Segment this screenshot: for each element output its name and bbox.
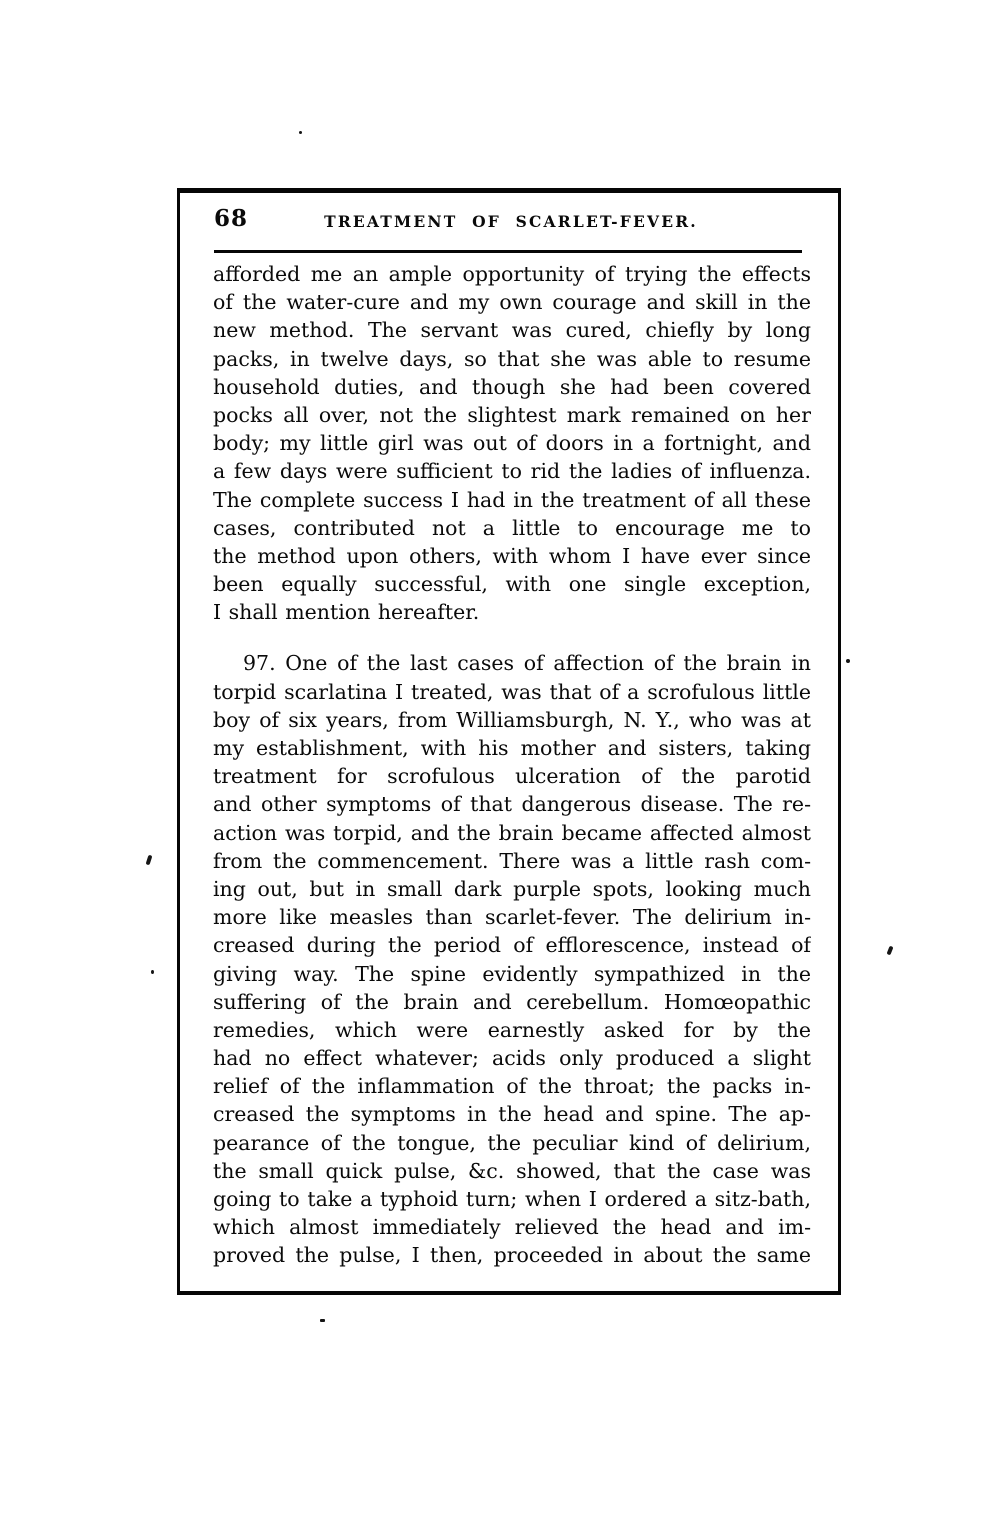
text-line: been equally successful, with one single…: [213, 570, 811, 598]
scan-speck: [299, 131, 302, 134]
paragraph-97: 97. One of the last cases of affection o…: [213, 649, 811, 1269]
running-header: TREATMENT OF SCARLET-FEVER.: [214, 212, 808, 231]
text-line: relief of the inflammation of the throat…: [213, 1072, 811, 1100]
paragraph-continuation: afforded me an ample opportunity of tryi…: [213, 260, 811, 626]
text-line: pocks all over, not the slightest mark r…: [213, 401, 811, 429]
text-line: suffering of the brain and cerebellum. H…: [213, 988, 811, 1016]
text-line: action was torpid, and the brain became …: [213, 819, 811, 847]
text-line: The complete success I had in the treatm…: [213, 486, 811, 514]
text-line: giving way. The spine evidently sympathi…: [213, 960, 811, 988]
text-line: boy of six years, from Williamsburgh, N.…: [213, 706, 811, 734]
text-line: a few days were sufficient to rid the la…: [213, 457, 811, 485]
text-line: pearance of the tongue, the peculiar kin…: [213, 1129, 811, 1157]
text-line: afforded me an ample opportunity of tryi…: [213, 260, 811, 288]
text-line: ing out, but in small dark purple spots,…: [213, 875, 811, 903]
text-line: creased during the period of efflorescen…: [213, 931, 811, 959]
text-line: cases, contributed not a little to encou…: [213, 514, 811, 542]
scanned-page: 68 TREATMENT OF SCARLET-FEVER. afforded …: [0, 0, 1004, 1529]
text-line: more like measles than scarlet-fever. Th…: [213, 903, 811, 931]
text-line: and other symptoms of that dangerous dis…: [213, 790, 811, 818]
text-line: the method upon others, with whom I have…: [213, 542, 811, 570]
text-line: creased the symptoms in the head and spi…: [213, 1100, 811, 1128]
text-line: I shall mention hereafter.: [213, 598, 811, 626]
text-line: torpid scarlatina I treated, was that of…: [213, 678, 811, 706]
text-line: body; my little girl was out of doors in…: [213, 429, 811, 457]
text-line: 97. One of the last cases of affection o…: [213, 649, 811, 677]
text-line: my establishment, with his mother and si…: [213, 734, 811, 762]
text-line: household duties, and though she had bee…: [213, 373, 811, 401]
scan-speck: [146, 855, 153, 866]
body-text: afforded me an ample opportunity of tryi…: [213, 260, 811, 1270]
scan-speck: [320, 1319, 325, 1322]
scan-speck: [151, 970, 154, 974]
scan-speck: [846, 659, 850, 663]
text-line: from the commencement. There was a littl…: [213, 847, 811, 875]
text-line: remedies, which were earnestly asked for…: [213, 1016, 811, 1044]
text-line: the small quick pulse, &c. showed, that …: [213, 1157, 811, 1185]
text-line: had no effect whatever; acids only produ…: [213, 1044, 811, 1072]
scan-speck: [886, 946, 893, 956]
text-line: proved the pulse, I then, proceeded in a…: [213, 1241, 811, 1269]
text-line: going to take a typhoid turn; when I ord…: [213, 1185, 811, 1213]
text-line: new method. The servant was cured, chief…: [213, 316, 811, 344]
header-rule: [214, 250, 802, 253]
text-line: packs, in twelve days, so that she was a…: [213, 345, 811, 373]
text-line: which almost immediately relieved the he…: [213, 1213, 811, 1241]
text-line: of the water-cure and my own courage and…: [213, 288, 811, 316]
page-border-frame: 68 TREATMENT OF SCARLET-FEVER. afforded …: [177, 188, 841, 1295]
text-line: treatment for scrofulous ulceration of t…: [213, 762, 811, 790]
